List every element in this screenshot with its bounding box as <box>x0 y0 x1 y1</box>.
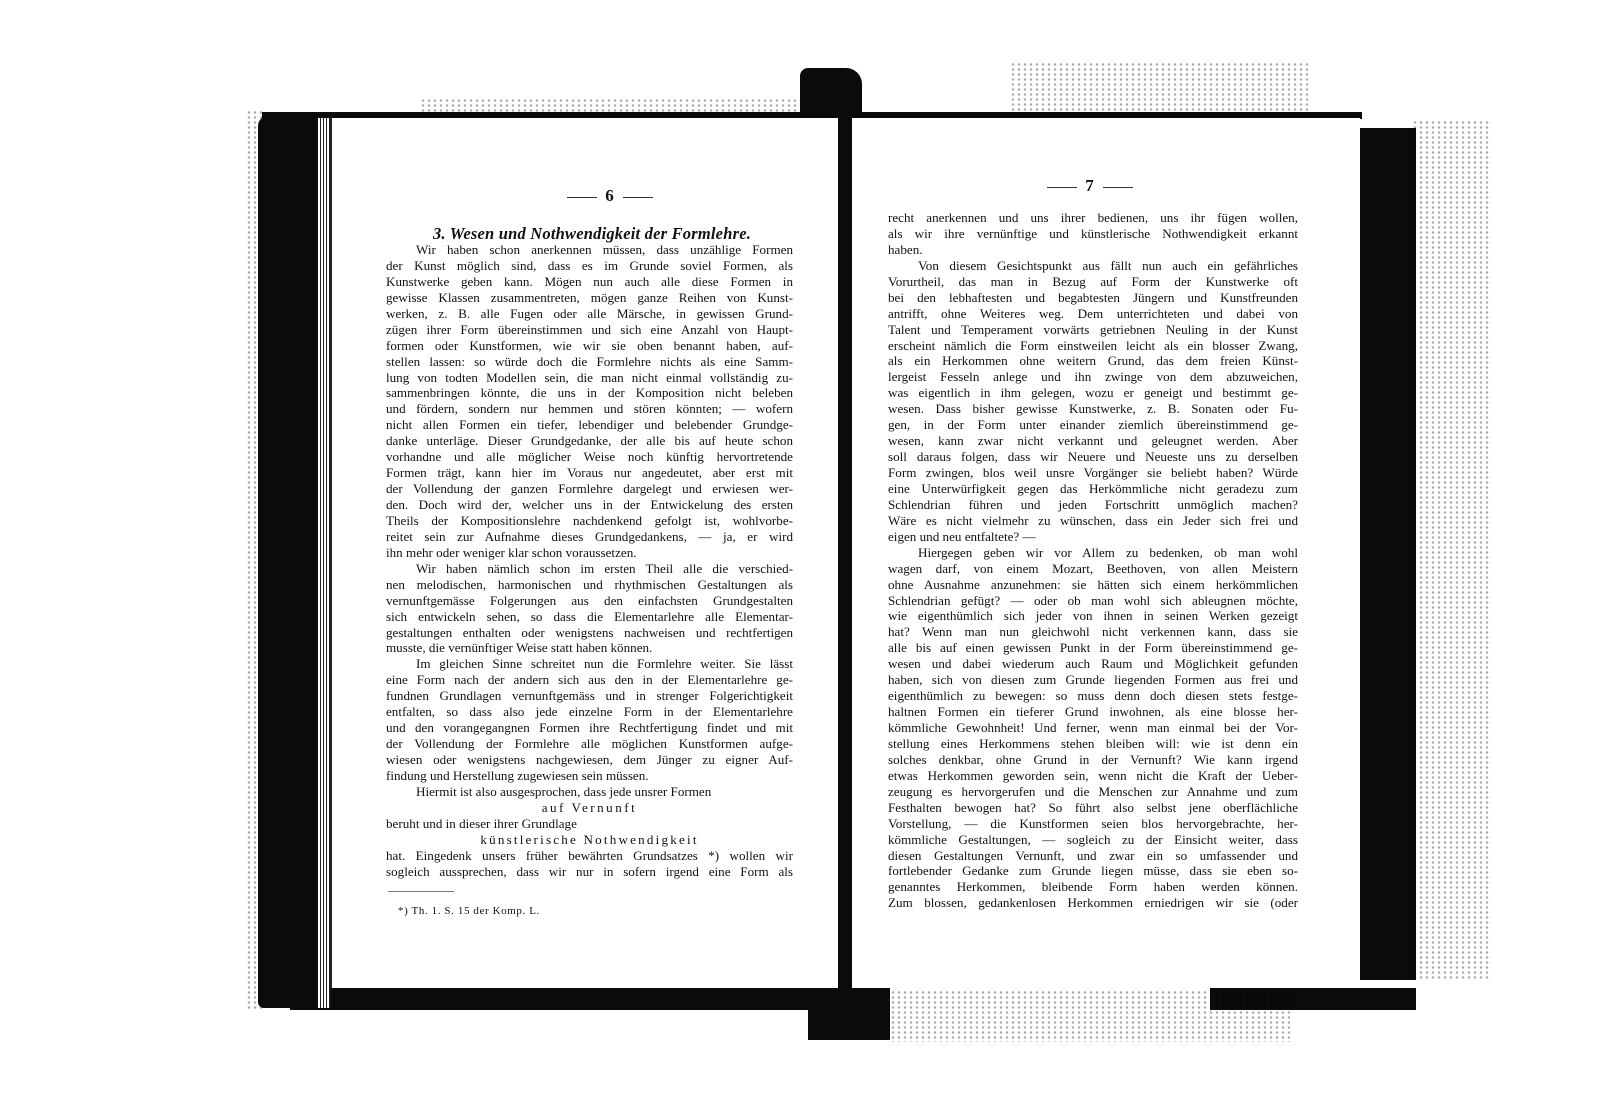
text-line: Form zwingen, blos weil unsre Vorgänger … <box>888 465 1298 481</box>
footnote: *) Th. 1. S. 15 der Komp. L. <box>398 905 540 917</box>
top-left-noise <box>420 98 800 112</box>
page-number-rule <box>623 197 653 198</box>
text-line: Schlendrian gefügt? — oder ob man wohl s… <box>888 593 1298 609</box>
text-line: reitet sein zur Aufnahme dieses Grundged… <box>386 529 793 545</box>
page-number-rule <box>567 197 597 198</box>
text-line: sammenbringen könnte, die uns in der Kom… <box>386 385 793 401</box>
text-line: entfalten, so dass also jede einzelne Fo… <box>386 704 793 720</box>
right-page-number: 7 <box>1030 176 1150 196</box>
text-line: der Kunst möglich sind, dass es im Grund… <box>386 258 793 274</box>
text-line: Im gleichen Sinne schreitet nun die Form… <box>386 656 793 672</box>
page-number-text: 7 <box>1085 176 1095 195</box>
text-line: vernunftgemässe Folgerungen aus den einf… <box>386 593 793 609</box>
top-right-noise <box>1010 62 1310 114</box>
text-line: gewisse Klassen zusammentreten, mögen ga… <box>386 290 793 306</box>
text-line: und den vorangegangnen Formen ihre Recht… <box>386 720 793 736</box>
text-line: gestaltungen enthalten oder wenigstens n… <box>386 625 793 641</box>
text-line: eine Unterwürfigkeit gegen das Herkömmli… <box>888 481 1298 497</box>
text-line: eigenthümlich zu bewegen: so muss denn d… <box>888 688 1298 704</box>
bottom-left-shadow <box>290 988 812 1010</box>
text-line: haltnen Formen ein tieferer Grund inwohn… <box>888 704 1298 720</box>
book-scan: 6 3. Wesen und Nothwendigkeit der Formle… <box>0 0 1600 1108</box>
text-line: musste, die vernünftiger Weise statt hab… <box>386 640 793 656</box>
right-edge-shadow <box>1360 128 1416 980</box>
text-line: der Vollendung der Formlehre alle möglic… <box>386 736 793 752</box>
text-line: eine Form nach der andern sich aus den i… <box>386 672 793 688</box>
text-line: lung von todten Modellen sein, die man n… <box>386 370 793 386</box>
text-line: wesen. Dass bisher gewisse Kunstwerke, z… <box>888 401 1298 417</box>
text-line: Talent und Temperament vorwärts getriebn… <box>888 322 1298 338</box>
text-line: zeugung es hervorgerufen und die Mensche… <box>888 784 1298 800</box>
text-line: eigen und neu entfaltete? — <box>888 529 1298 545</box>
text-line: recht anerkennen und uns ihrer bedienen,… <box>888 210 1298 226</box>
text-line: Wir haben nämlich schon im ersten Theil … <box>386 561 793 577</box>
text-line: nen melodischen, harmonischen und rhythm… <box>386 577 793 593</box>
gutter-shadow <box>836 118 852 990</box>
text-line: soll daraus folgen, dass wir Neuere und … <box>888 449 1298 465</box>
emphasized-line: künstlerische Nothwendigkeit <box>386 832 793 848</box>
text-line: alle bis auf einen gewissen Punkt in der… <box>888 640 1298 656</box>
text-line: Formen trägt, kann hier im Voraus nur an… <box>386 465 793 481</box>
text-line: etwas Herkommen geworden sein, wenn nich… <box>888 768 1298 784</box>
text-line: wie eigenthümlich sich jeder von ihnen i… <box>888 608 1298 624</box>
text-line: und fördern, sondern nur hemmen und stör… <box>386 401 793 417</box>
text-line: vorhandne und alle möglicher Weise noch … <box>386 449 793 465</box>
section-heading: 3. Wesen und Nothwendigkeit der Formlehr… <box>384 224 800 244</box>
emphasized-line: auf Vernunft <box>386 800 793 816</box>
text-line: Wir haben schon anerkennen müssen, dass … <box>386 242 793 258</box>
text-line: Vorstellung, — die Kunstformen seien blo… <box>888 816 1298 832</box>
left-cover-noise <box>246 110 266 1010</box>
text-line: stellen lassen: so würde doch die Formle… <box>386 354 793 370</box>
text-line: kömmliche Gestaltungen, — sogleich zu de… <box>888 832 1298 848</box>
text-line: als ein Herkommen ohne weitern Grund, da… <box>888 353 1298 369</box>
text-line: Kunstwerke geben kann. Mögen nun auch al… <box>386 274 793 290</box>
text-line: Hiergegen geben wir vor Allem zu bedenke… <box>888 545 1298 561</box>
right-margin-noise <box>1412 120 1492 980</box>
text-line: beruht und in dieser ihrer Grundlage <box>386 816 793 832</box>
text-line: lergeist Fesseln anlege und ihn zwinge v… <box>888 369 1298 385</box>
text-line: fortlebender Gedanke zum Grunde liegen m… <box>888 863 1298 879</box>
text-line: ihn mehr oder weniger klar schon vorauss… <box>386 545 793 561</box>
text-line: wiesen oder wenigstens nachgewiesen, dem… <box>386 752 793 768</box>
text-line: Zum blossen, gedankenlosen Herkommen ern… <box>888 895 1298 911</box>
page-number-rule <box>1047 187 1077 188</box>
text-line: erscheint nämlich die Form einstweilen l… <box>888 338 1298 354</box>
text-line: Schlendrian führen und jeden Fortschritt… <box>888 497 1298 513</box>
text-line: genanntes Herkommen, bleibende Form habe… <box>888 879 1298 895</box>
text-line: Von diesem Gesichtspunkt aus fällt nun a… <box>888 258 1298 274</box>
text-line: danke unterläge. Dieser Grundgedanke, de… <box>386 433 793 449</box>
text-line: den. Doch wird der, welcher uns in der E… <box>386 497 793 513</box>
text-line: gen, in der Form unter einander ziemlich… <box>888 417 1298 433</box>
text-line: sogleich aussprechen, dass wir nur in so… <box>386 864 793 880</box>
page-number-text: 6 <box>605 186 615 205</box>
text-line: kömmliche Gewohnheit! Und ferner, wenn m… <box>888 720 1298 736</box>
text-line: wesen und dabei wiederum auch Raum und M… <box>888 656 1298 672</box>
text-line: haben, sich von diesen zum Grunde liegen… <box>888 672 1298 688</box>
text-line: Wäre es nicht vielmehr zu wünschen, dass… <box>888 513 1298 529</box>
text-line: stellung eines Herkommens stehen bleiben… <box>888 736 1298 752</box>
text-line: haben. <box>888 242 1298 258</box>
page-number-rule <box>1103 187 1133 188</box>
text-line: nicht allen Formen ein tiefer, lebendige… <box>386 417 793 433</box>
text-line: der Vollendung der ganzen Formlehre darg… <box>386 481 793 497</box>
text-line: ohne Ausnahme anzunehmen: sie hätten sic… <box>888 577 1298 593</box>
text-line: zügen ihrer Form übereinstimmen und sich… <box>386 322 793 338</box>
text-line: was eigentlich in ihm gelegen, wozu er g… <box>888 385 1298 401</box>
text-line: bei den lebhaftesten und begabtesten Jün… <box>888 290 1298 306</box>
text-line: Vorurtheil, das man in Bezug auf Form de… <box>888 274 1298 290</box>
text-line: als wir ihre vernünftige und künstlerisc… <box>888 226 1298 242</box>
footnote-rule <box>388 891 454 892</box>
text-line: sich entwickeln sehen, so dass die Eleme… <box>386 609 793 625</box>
text-line: Festhalten bewogen hat? So führt also se… <box>888 800 1298 816</box>
text-line: Hiermit ist also ausgesprochen, dass jed… <box>386 784 793 800</box>
text-line: findung und Herstellung zugewiesen sein … <box>386 768 793 784</box>
text-line: wagen darf, von einem Mozart, Beethoven,… <box>888 561 1298 577</box>
text-line: hat. Eingedenk unsers früher bewährten G… <box>386 848 793 864</box>
text-line: antrifft, ohne Weiteres weg. Dem unterri… <box>888 306 1298 322</box>
left-page-number: 6 <box>550 186 670 206</box>
text-line: wesen, kann zwar nicht verkannt und gele… <box>888 433 1298 449</box>
right-page-body: recht anerkennen und uns ihrer bedienen,… <box>888 210 1298 911</box>
text-line: diesen Gestaltungen Vernunft, und zwar e… <box>888 848 1298 864</box>
left-cover-shadow <box>258 116 320 1008</box>
text-line: formen oder Kunstformen, wie wir sie obe… <box>386 338 793 354</box>
text-line: werken, z. B. alle Fugen oder alle Märsc… <box>386 306 793 322</box>
gutter-top-blob <box>800 68 862 120</box>
text-line: Theils der Kompositionslehre nachdenkend… <box>386 513 793 529</box>
bottom-noise <box>890 990 1290 1042</box>
gutter-bottom-blob <box>808 988 890 1040</box>
text-line: solches denkbar, ohne Grund in der Vernu… <box>888 752 1298 768</box>
text-line: hat? Wenn man nun gleichwohl nicht verke… <box>888 624 1298 640</box>
text-line: fundnen Grundlagen vernunftgemäss und in… <box>386 688 793 704</box>
left-page-body: Wir haben schon anerkennen müssen, dass … <box>386 242 793 880</box>
